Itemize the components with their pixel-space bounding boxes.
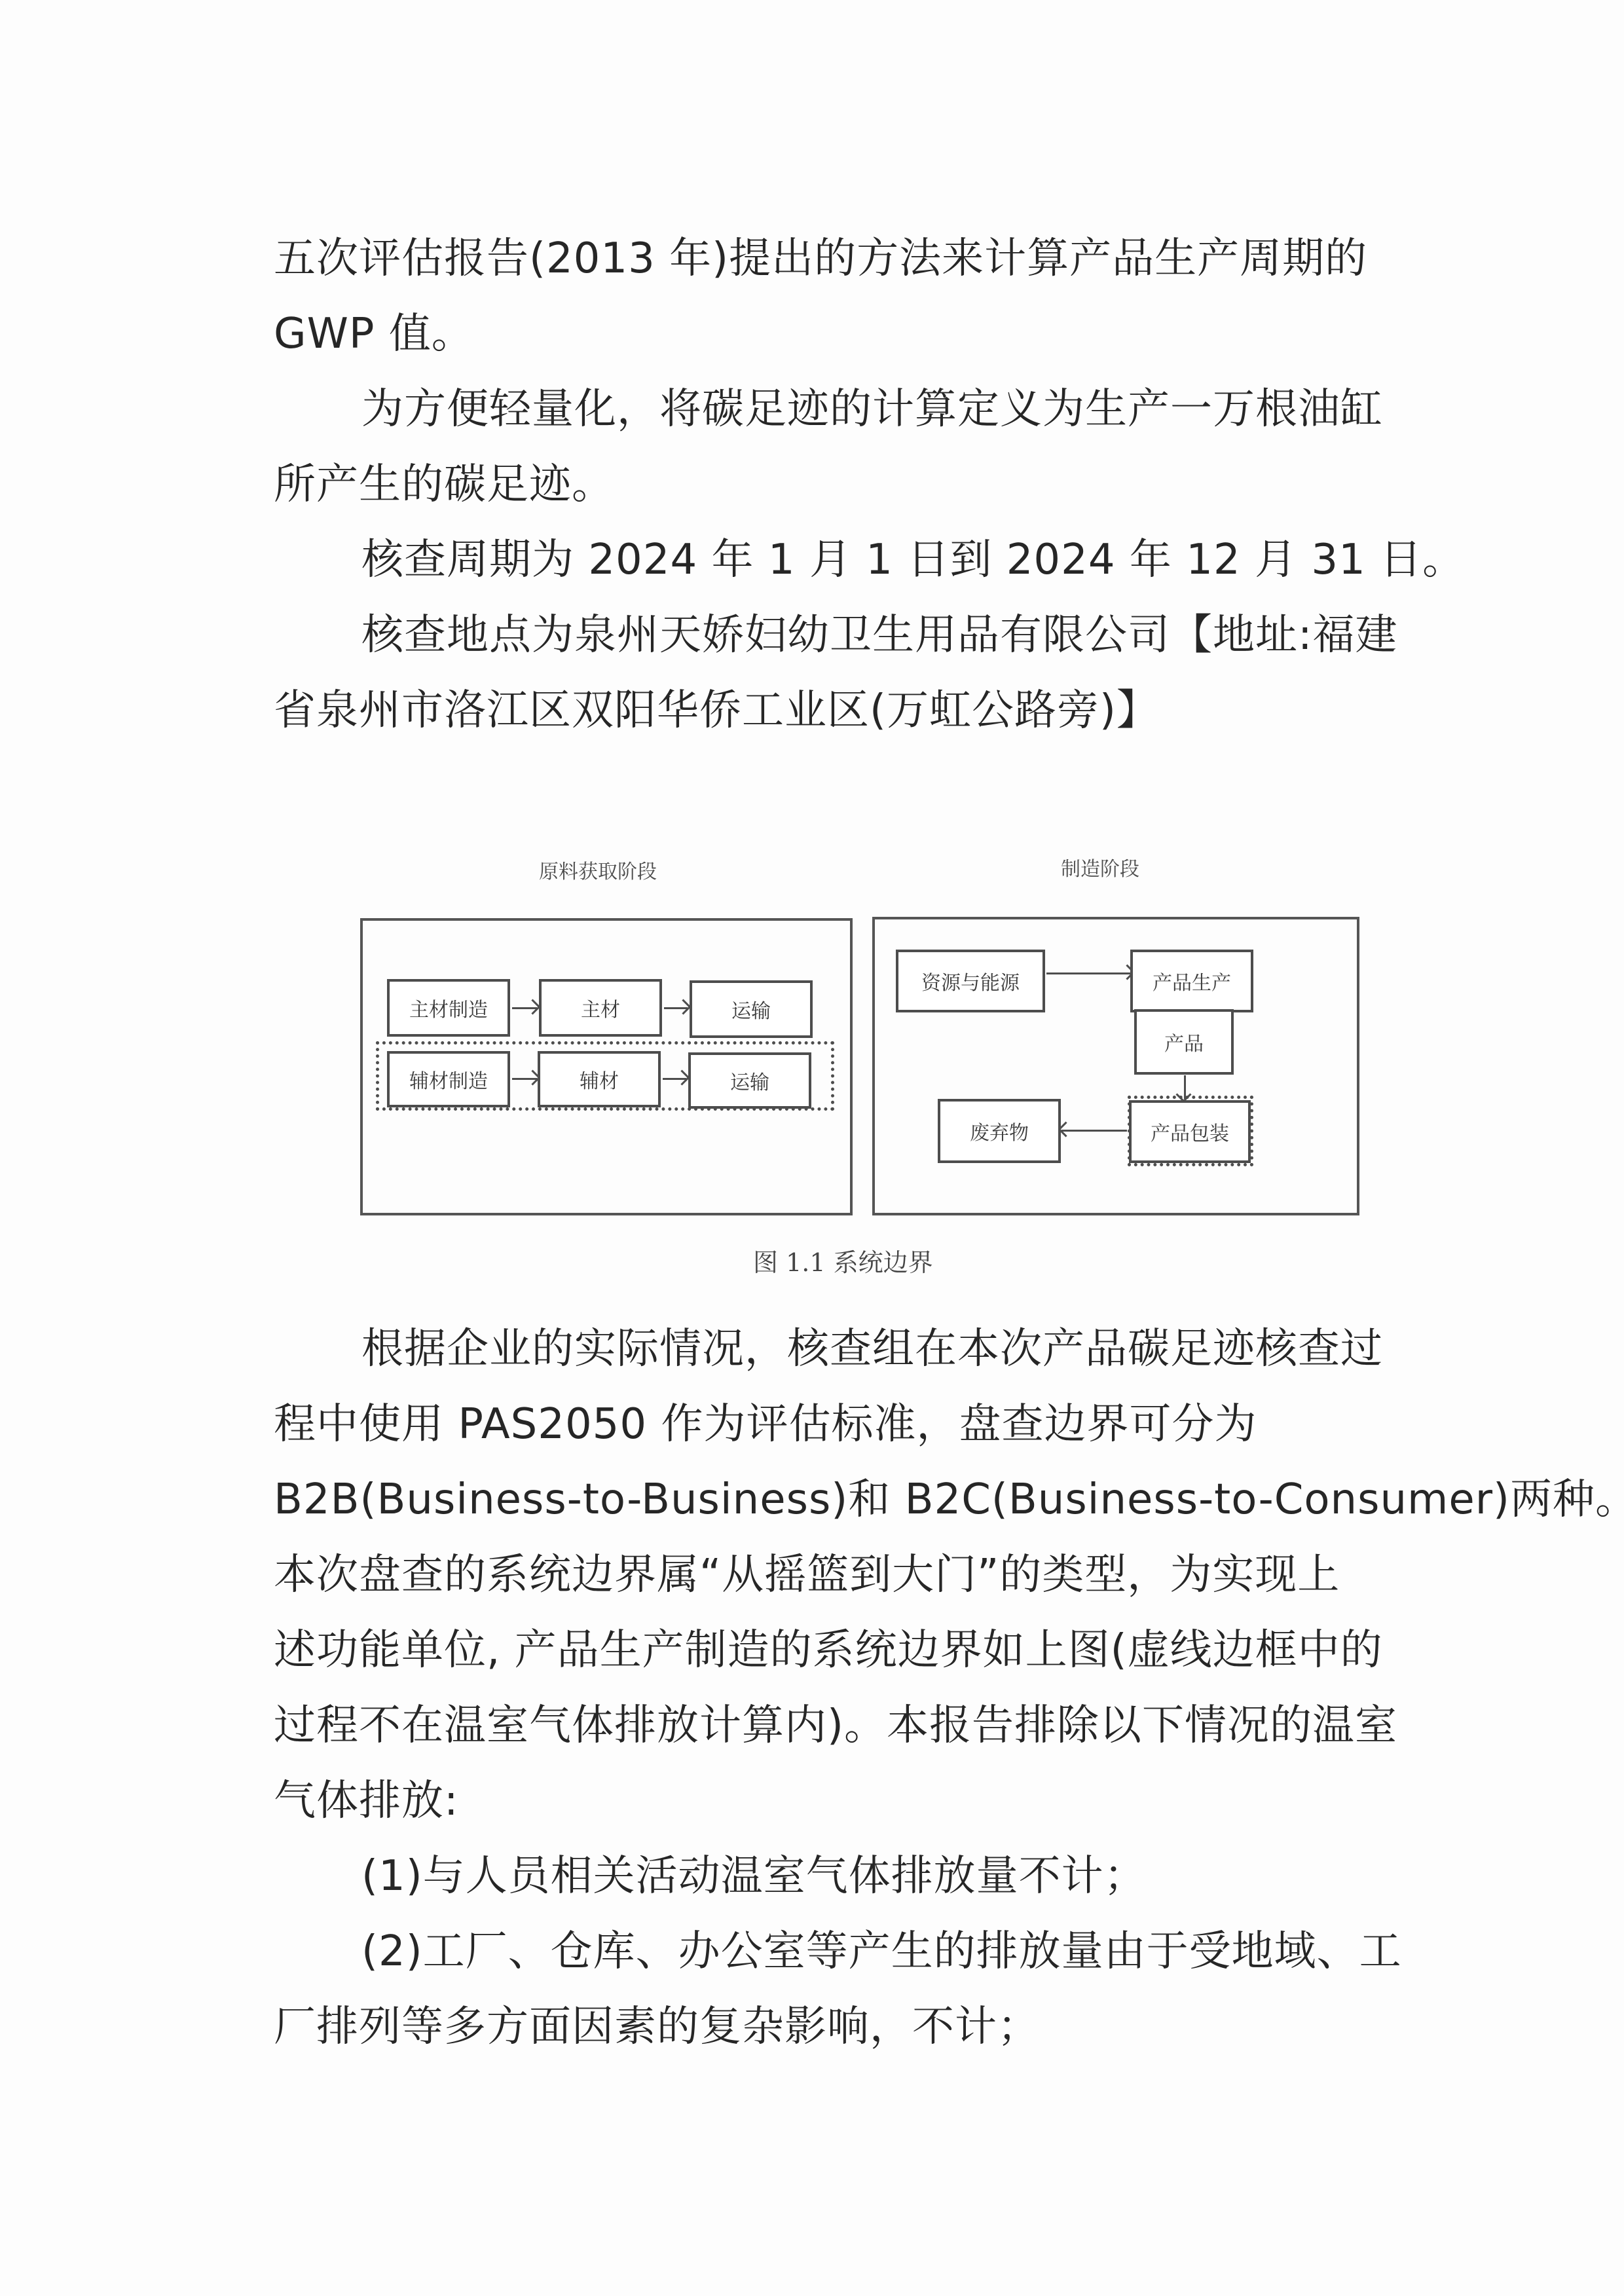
arrow-icon — [512, 1078, 537, 1080]
arrow-icon — [1061, 1130, 1127, 1132]
exclusion-item-2-line-2: 厂排列等多方面因素的复杂影响，不计； — [274, 2001, 1040, 2053]
arrow-icon — [512, 1007, 537, 1009]
paragraph-boundary-line-3: B2B(Business-to-Business)和 B2C(Business-… — [274, 1473, 1624, 1526]
excluded-packaging-boundary — [1128, 1096, 1253, 1166]
paragraph-boundary-line-7: 气体排放: — [274, 1775, 459, 1827]
aux-material-box: 辅材 — [538, 1051, 661, 1107]
arrow-icon — [1184, 1014, 1186, 1033]
paragraph-period: 核查周期为 2024 年 1 月 1 日到 2024 年 12 月 31 日。 — [361, 534, 1465, 586]
paragraph-boundary-line-1: 根据企业的实际情况，核查组在本次产品碳足迹核查过 — [361, 1323, 1383, 1375]
raw-material-stage-panel — [360, 918, 853, 1215]
paragraph-boundary-line-6: 过程不在温室气体排放计算内)。本报告排除以下情况的温室 — [274, 1699, 1397, 1752]
stage-title-raw-material: 原料获取阶段 — [539, 855, 657, 884]
document-page: 五次评估报告(2013 年)提出的方法来计算产品生产周期的 GWP 值。 为方便… — [0, 0, 1624, 2296]
paragraph-boundary-line-5: 述功能单位, 产品生产制造的系统边界如上图(虚线边框中的 — [274, 1624, 1383, 1676]
arrow-icon — [1184, 1075, 1186, 1099]
excluded-aux-boundary — [376, 1041, 834, 1111]
arrow-icon — [664, 1007, 688, 1009]
manufacturing-stage-panel — [872, 917, 1359, 1215]
paragraph-location-line-2: 省泉州市洛江区双阳华侨工业区(万虹公路旁)】 — [274, 684, 1159, 737]
arrow-icon — [1046, 972, 1132, 974]
arrow-icon — [663, 1078, 686, 1080]
main-transport-box: 运输 — [690, 980, 813, 1038]
stage-title-manufacturing: 制造阶段 — [1061, 853, 1139, 881]
resources-energy-box: 资源与能源 — [896, 950, 1045, 1012]
paragraph-2-line-1: 为方便轻量化，将碳足迹的计算定义为生产一万根油缸 — [361, 383, 1383, 435]
paragraph-location-line-1: 核查地点为泉州天娇妇幼卫生用品有限公司【地址:福建 — [361, 609, 1398, 661]
aux-transport-box: 运输 — [688, 1052, 811, 1109]
exclusion-item-1: (1)与人员相关活动温室气体排放量不计； — [361, 1850, 1147, 1902]
paragraph-2-line-2: 所产生的碳足迹。 — [274, 458, 614, 511]
paragraph-boundary-line-4: 本次盘查的系统边界属“从摇篮到大门”的类型，为实现上 — [274, 1549, 1340, 1601]
aux-material-manufacturing-box: 辅材制造 — [387, 1051, 510, 1107]
product-production-box: 产品生产 — [1130, 950, 1253, 1012]
paragraph-1-line-2: GWP 值。 — [274, 308, 474, 360]
paragraph-boundary-line-2: 程中使用 PAS2050 作为评估标准，盘查边界可分为 — [274, 1398, 1257, 1451]
paragraph-1-line-1: 五次评估报告(2013 年)提出的方法来计算产品生产周期的 — [274, 232, 1367, 285]
exclusion-item-2-line-1: (2)工厂、仓库、办公室等产生的排放量由于受地域、工 — [361, 1925, 1402, 1978]
waste-box: 废弃物 — [938, 1099, 1061, 1163]
main-material-box: 主材 — [539, 979, 662, 1037]
product-packaging-box: 产品包装 — [1129, 1100, 1251, 1163]
figure-caption: 图 1.1 系统边界 — [753, 1242, 933, 1278]
product-box: 产品 — [1134, 1009, 1234, 1075]
main-material-manufacturing-box: 主材制造 — [387, 979, 510, 1037]
